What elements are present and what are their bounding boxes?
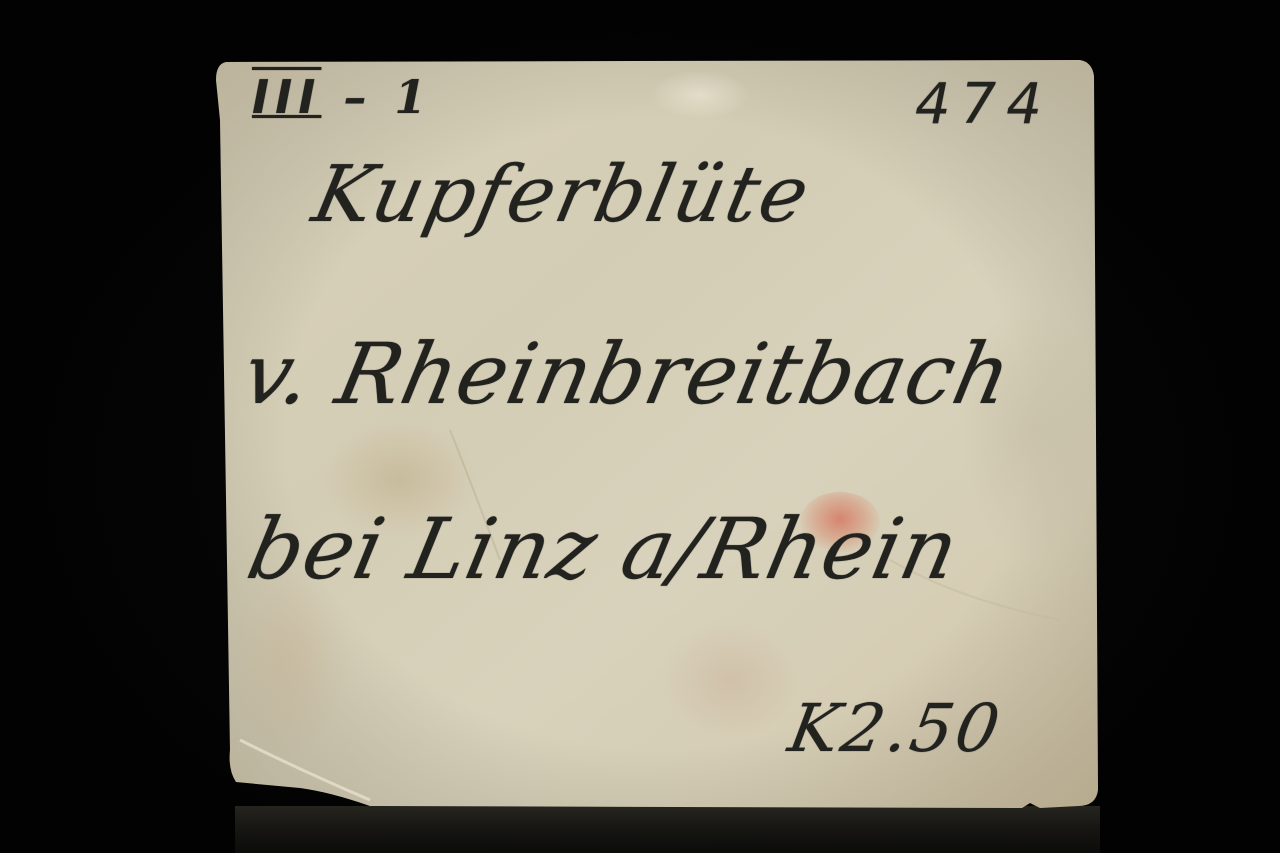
shelf-mark-roman: III: [252, 70, 321, 124]
mineral-name: Kupferblüte: [305, 150, 818, 240]
region: bei Linz a/Rhein: [240, 500, 968, 598]
paper-stain: [650, 70, 750, 120]
catalog-number: 474: [915, 72, 1052, 137]
shelf-mark: III – 1: [252, 70, 432, 124]
paper-stain: [660, 620, 800, 740]
price: K2.50: [783, 690, 1008, 767]
photo-scene: III – 1 474 Kupferblüte v. Rheinbreitbac…: [0, 0, 1280, 853]
shelf-mark-number: 1: [394, 70, 432, 124]
shelf-mark-separator: –: [321, 70, 394, 124]
locality: v. Rheinbreitbach: [235, 325, 1021, 423]
